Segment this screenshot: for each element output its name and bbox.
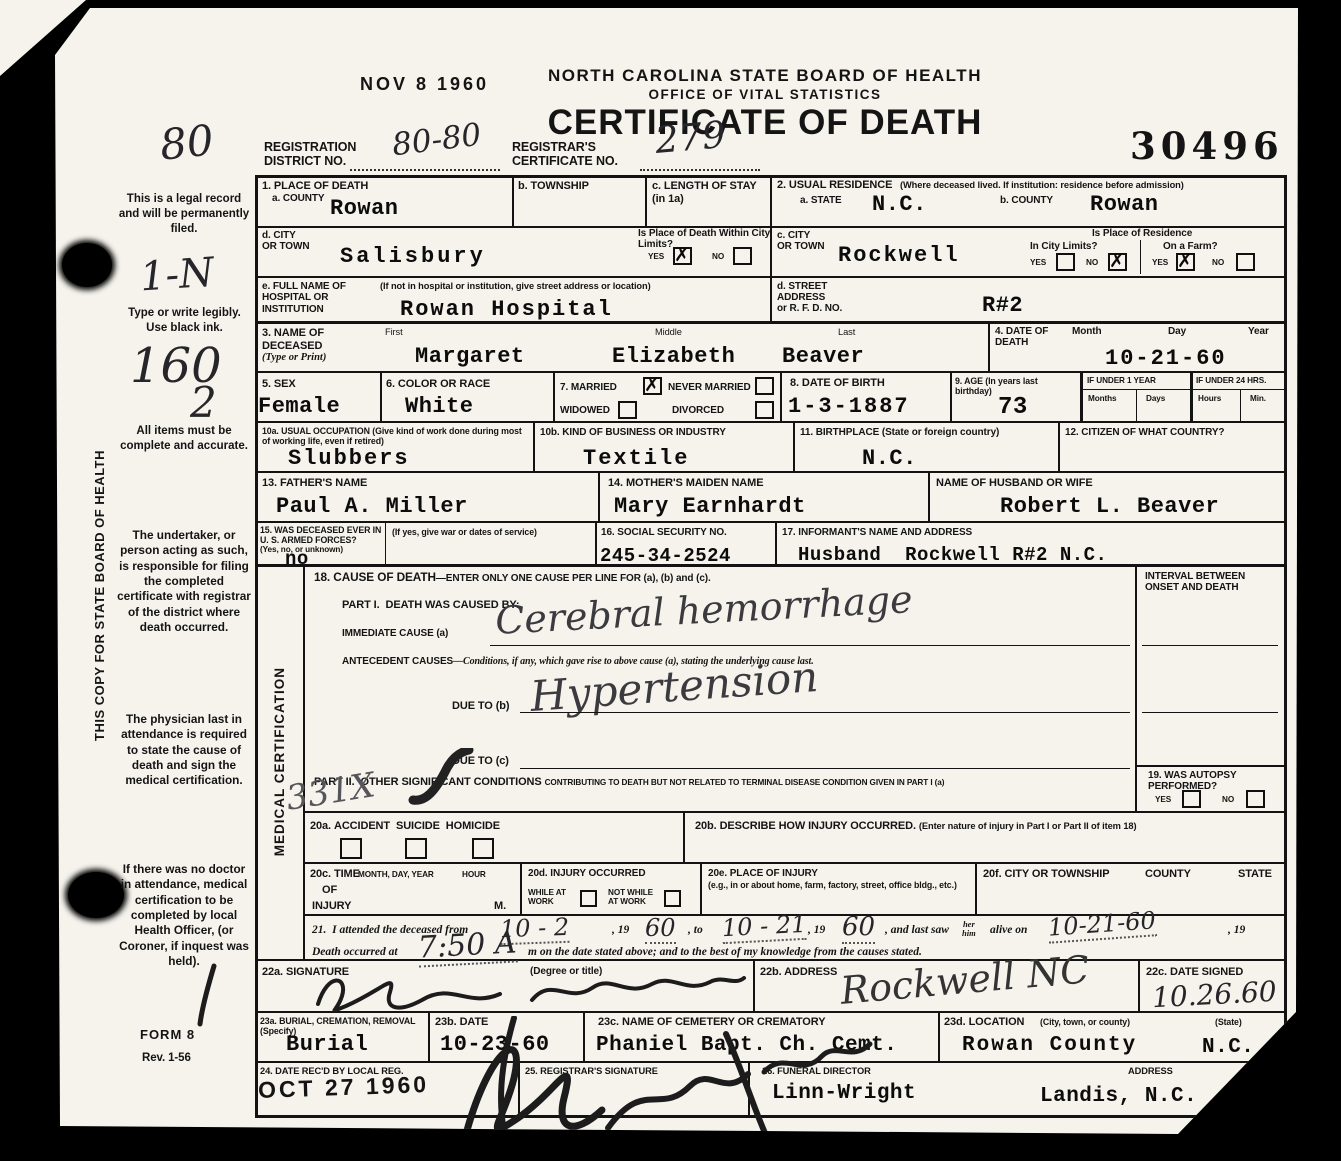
month-header: Month <box>1072 326 1102 337</box>
date-received-stamp: OCT 27 1960 <box>258 1071 430 1104</box>
her-him-stack: herhim <box>962 920 976 938</box>
residence-state-value: N.C. <box>872 192 927 217</box>
margin-handwritten-2: 2 <box>190 378 217 427</box>
checkbox-while-at-work <box>580 890 597 907</box>
grid-line <box>255 471 1285 473</box>
grid-line <box>950 371 952 421</box>
cause-of-death-title: 18. CAUSE OF DEATH—ENTER ONLY ONE CAUSE … <box>314 571 711 584</box>
months-label: Months <box>1088 394 1117 403</box>
grid-line <box>255 371 1285 373</box>
registration-district-value: 80-80 <box>390 117 483 164</box>
type-or-print-note: (Type or Print) <box>262 352 326 363</box>
describe-injury-label: 20b. DESCRIBE HOW INJURY OCCURRED. (Ente… <box>695 820 1136 833</box>
place-of-death-title: 1. PLACE OF DEATH <box>262 180 368 193</box>
margin-vertical-text: THIS COPY FOR STATE BOARD OF HEALTH <box>84 440 114 750</box>
ssn-value: 245-34-2524 <box>600 545 731 567</box>
org-name: NORTH CAROLINA STATE BOARD OF HEALTH <box>470 66 1060 86</box>
middle-name-header: Middle <box>655 327 682 338</box>
grid-line <box>1080 389 1285 390</box>
married-label: 7. MARRIED <box>560 382 617 393</box>
grid-line <box>512 175 514 226</box>
grid-line <box>1135 765 1285 767</box>
grid-line <box>645 175 647 226</box>
margin-note-complete: All items must be complete and accurate. <box>118 424 250 454</box>
grid-line <box>1138 959 1140 1011</box>
date-of-death-value: 10-21-60 <box>1105 346 1227 371</box>
attended-19b: , 19 <box>808 924 825 936</box>
industry-value: Textile <box>583 446 689 471</box>
grid-line <box>255 959 1285 961</box>
sex-value: Female <box>258 394 340 419</box>
grid-line <box>753 959 755 1011</box>
grid-line <box>1240 389 1241 421</box>
grid-line <box>683 811 685 862</box>
hours-label: Hours <box>1198 394 1221 403</box>
informant-label: 17. INFORMANT'S NAME AND ADDRESS <box>782 527 972 538</box>
city-or-town-label: d. CITY OR TOWN <box>262 230 310 253</box>
residence-county-value: Rowan <box>1090 192 1159 217</box>
yes-label: YES <box>1152 258 1168 267</box>
grid-line <box>975 862 977 914</box>
yes-label: YES <box>648 252 664 261</box>
grid-line <box>303 862 1285 864</box>
scanned-death-certificate: NOV 8 1960 NORTH CAROLINA STATE BOARD OF… <box>0 0 1341 1161</box>
checkbox-homicide <box>472 838 494 859</box>
street-address-label: d. STREET ADDRESS <box>777 281 849 304</box>
father-name-label: 13. FATHER'S NAME <box>262 477 367 490</box>
checkbox-death-city-yes <box>673 247 692 265</box>
usual-residence-note: (Where deceased lived. If institution: r… <box>900 180 1285 191</box>
margin-handwritten-1n: 1-N <box>138 249 215 300</box>
residence-county-label: b. COUNTY <box>1000 195 1053 206</box>
margin-note-undertaker: The undertaker, or person acting as such… <box>116 528 252 635</box>
checkbox-death-city-no <box>733 247 752 265</box>
first-name-value: Margaret <box>415 344 525 369</box>
grid-line <box>553 371 555 421</box>
armed-forces-label: 15. WAS DECEASED EVER IN U. S. ARMED FOR… <box>260 525 388 545</box>
race-value: White <box>405 394 474 419</box>
location-label: 23d. LOCATION <box>944 1016 1024 1029</box>
mother-name-label: 14. MOTHER'S MAIDEN NAME <box>608 477 763 490</box>
date-of-death-label: 4. DATE OF DEATH <box>995 326 1050 349</box>
checkbox-farm-no <box>1236 253 1255 271</box>
grid-line <box>1142 712 1278 713</box>
grid-line <box>780 371 782 421</box>
injury-label: INJURY <box>312 900 351 913</box>
checkbox-autopsy-yes <box>1182 790 1201 808</box>
checkbox-res-city-yes <box>1056 253 1075 271</box>
death-occurred-text: Death occurred at <box>312 946 398 958</box>
grid-line <box>598 471 600 521</box>
address-label: 22b. ADDRESS <box>760 966 837 979</box>
no-label: NO <box>1086 258 1098 267</box>
m-label: M. <box>494 900 506 913</box>
grid-line <box>1140 240 1141 274</box>
industry-label: 10b. KIND OF BUSINESS OR INDUSTRY <box>540 427 790 438</box>
certificate-serial-number: 30496 <box>1130 124 1284 168</box>
margin-handwritten-tally <box>188 960 228 1030</box>
time-of-injury-label: 20c. TIME <box>310 868 360 881</box>
hospital-note: (If not in hospital or institution, give… <box>380 281 760 292</box>
grid-line <box>793 421 795 471</box>
document-title: CERTIFICATE OF DEATH <box>430 103 1100 143</box>
date-signed-handwriting: 10.26.60 <box>1151 975 1277 1014</box>
residence-city-value: Rockwell <box>838 243 960 268</box>
not-while-at-work-label: NOT WHILE AT WORK <box>608 888 660 907</box>
place-of-injury-label: 20e. PLACE OF INJURY <box>708 868 818 879</box>
checkbox-autopsy-no <box>1246 790 1265 808</box>
occupation-label: 10a. USUAL OCCUPATION (Give kind of work… <box>262 426 530 446</box>
last-saw-alive-handwriting: 10-21-60 <box>1047 906 1157 943</box>
hour-label: HOUR <box>462 870 486 879</box>
father-name-value: Paul A. Miller <box>276 494 468 519</box>
race-label: 6. COLOR OR RACE <box>386 378 490 391</box>
no-label: NO <box>1222 795 1234 804</box>
part1-label: PART I. DEATH WAS CAUSED BY: <box>342 599 519 612</box>
margin-note-physician: The physician last in attendance is requ… <box>116 712 252 789</box>
checkbox-divorced <box>755 401 774 419</box>
checkbox-farm-yes <box>1176 253 1195 271</box>
street-address-label2: or R. F. D. NO. <box>777 303 842 314</box>
day-header: Day <box>1168 326 1186 337</box>
location-state-value: N.C. <box>1202 1036 1254 1059</box>
grid-line <box>700 862 702 914</box>
funeral-address-value: Landis, N.C. <box>1040 1085 1197 1108</box>
registrar-certificate-value: 279 <box>653 113 727 162</box>
last-saw-text: , and last saw <box>885 924 949 936</box>
final-19: , 19 <box>1228 924 1245 936</box>
location-state-note: (State) <box>1215 1017 1242 1027</box>
attended-to-handwriting: 10 - 21 <box>721 910 807 944</box>
residence-city-label: c. CITY OR TOWN <box>777 230 825 253</box>
write-line <box>520 768 1130 769</box>
grid-line <box>595 521 597 564</box>
age-value: 73 <box>998 394 1028 421</box>
write-line <box>350 168 500 171</box>
grid-line <box>1284 175 1287 1118</box>
checkbox-married <box>643 377 662 395</box>
margin-handwritten-80: 80 <box>158 115 216 169</box>
last-name-header: Last <box>838 327 855 338</box>
death-time-handwriting: 7:50 A <box>417 925 517 967</box>
date-of-birth-value: 1-3-1887 <box>788 394 910 419</box>
first-name-header: First <box>385 327 403 338</box>
grid-line <box>1080 371 1083 421</box>
yes-label: YES <box>1155 795 1171 804</box>
no-label: NO <box>712 252 724 261</box>
checkbox-not-while-at-work <box>664 890 681 907</box>
registrar-signature-scrawl <box>418 1016 888 1158</box>
occupation-value: Slubbers <box>288 446 410 471</box>
date-of-birth-label: 8. DATE OF BIRTH <box>790 377 885 390</box>
mother-name-value: Mary Earnhardt <box>614 494 806 519</box>
hospital-value: Rowan Hospital <box>400 297 613 322</box>
if-under-1-year-label: IF UNDER 1 YEAR <box>1087 376 1187 385</box>
grid-line <box>1058 421 1060 471</box>
form-revision: Rev. 1-56 <box>142 1052 191 1065</box>
certificate-page: NOV 8 1960 NORTH CAROLINA STATE BOARD OF… <box>0 0 1341 1161</box>
margin-note-legibly: Type or write legibly. Use black ink. <box>122 306 247 336</box>
checkbox-never-married <box>755 377 774 395</box>
month-day-year-label: MONTH, DAY, YEAR <box>358 870 434 879</box>
office-name: OFFICE OF VITAL STATISTICS <box>470 87 1060 102</box>
death-statement-rest: m on the date stated above; and to the b… <box>528 946 922 958</box>
checkbox-res-city-no <box>1108 253 1127 271</box>
attended-19a: , 19 <box>612 924 629 936</box>
due-to-b-label: DUE TO (b) <box>452 700 509 713</box>
last-name-value: Beaver <box>782 344 864 369</box>
registrar-certificate-label: REGISTRAR'S CERTIFICATE NO. <box>512 140 642 169</box>
grid-line <box>255 421 1285 423</box>
while-at-work-label: WHILE AT WORK <box>528 888 576 907</box>
never-married-label: NEVER MARRIED <box>668 382 751 393</box>
medical-certification-strip: MEDICAL CERTIFICATION <box>256 566 302 958</box>
of-label: OF <box>322 884 337 897</box>
punch-hole <box>62 243 112 287</box>
birthplace-value: N.C. <box>862 446 917 471</box>
margin-note-legal: This is a legal record and will be perma… <box>118 192 250 237</box>
write-line <box>640 168 760 171</box>
form-number: FORM 8 <box>140 1028 195 1043</box>
grid-line <box>1190 371 1193 421</box>
funeral-address-label: ADDRESS <box>1128 1066 1173 1077</box>
county-header-label: COUNTY <box>1145 868 1191 881</box>
grid-line <box>255 564 1285 567</box>
citizen-label: 12. CITIZEN OF WHAT COUNTRY? <box>1065 427 1285 438</box>
alive-on-text: alive on <box>990 924 1027 936</box>
yes-label: YES <box>1030 258 1046 267</box>
cause-a-handwriting: Cerebral hemorrhage <box>494 577 913 643</box>
grid-line <box>303 564 305 959</box>
min-label: Min. <box>1250 394 1266 403</box>
grid-line <box>928 471 930 521</box>
no-label: NO <box>1212 258 1224 267</box>
grid-line <box>380 371 382 421</box>
attended-to-word: , to <box>688 924 703 936</box>
grid-line <box>303 811 1285 813</box>
physician-signature-scrawl <box>300 964 750 1016</box>
township-label: b. TOWNSHIP <box>518 180 589 193</box>
write-line <box>490 645 1130 646</box>
grid-line <box>255 521 1285 523</box>
grid-line <box>533 421 535 471</box>
margin-note-no-doctor: If there was no doctor in attendance, me… <box>116 862 252 969</box>
usual-residence-title: 2. USUAL RESIDENCE <box>777 179 892 192</box>
grid-line <box>775 521 777 564</box>
divorced-label: DIVORCED <box>672 405 724 416</box>
city-or-township-label: 20f. CITY OR TOWNSHIP <box>983 868 1109 881</box>
street-address-value: R#2 <box>982 293 1023 318</box>
attended-to-year-handwriting: 60 <box>842 912 875 944</box>
attended-from-year-handwriting: 60 <box>645 914 676 944</box>
checkbox-suicide <box>405 838 427 859</box>
grid-line <box>1142 645 1278 646</box>
county-label: a. COUNTY <box>272 193 324 204</box>
checkbox-widowed <box>618 401 637 419</box>
informant-value: Husband Rockwell R#2 N.C. <box>798 544 1107 566</box>
spouse-name-value: Robert L. Beaver <box>1000 494 1219 519</box>
immediate-cause-label: IMMEDIATE CAUSE (a) <box>342 628 448 639</box>
place-of-injury-note: (e.g., in or about home, farm, factory, … <box>708 880 958 890</box>
hospital-label: e. FULL NAME OF HOSPITAL OR INSTITUTION <box>262 281 372 315</box>
in-city-limits-label: In City Limits? <box>1030 241 1097 252</box>
grid-line <box>1135 564 1137 811</box>
widowed-label: WIDOWED <box>560 405 610 416</box>
grid-line <box>520 862 522 914</box>
spouse-name-label: NAME OF HUSBAND OR WIFE <box>936 477 1093 490</box>
death-city-limits-question: Is Place of Death Within City Limits? <box>638 228 788 251</box>
grid-line <box>1136 389 1137 421</box>
grid-line <box>938 1011 940 1061</box>
county-value: Rowan <box>330 196 399 221</box>
location-value: Rowan County <box>962 1034 1137 1057</box>
sex-label: 5. SEX <box>262 378 296 391</box>
interval-header: INTERVAL BETWEEN ONSET AND DEATH <box>1145 571 1275 594</box>
armed-forces-note2: (If yes, give war or dates of service) <box>392 527 582 537</box>
grid-line <box>988 321 990 371</box>
ssn-label: 16. SOCIAL SECURITY NO. <box>601 527 766 538</box>
birthplace-label: 11. BIRTHPLACE (State or foreign country… <box>800 427 1055 438</box>
city-value: Salisbury <box>340 244 486 269</box>
residence-question: Is Place of Residence <box>1092 228 1192 239</box>
residence-state-label: a. STATE <box>800 195 842 206</box>
accident-suicide-homicide-label: 20a. ACCIDENT SUICIDE HOMICIDE <box>310 820 500 833</box>
burial-value: Burial <box>286 1032 368 1057</box>
name-of-deceased-label: 3. NAME OF DECEASED <box>262 327 352 352</box>
state-header-label: STATE <box>1238 868 1272 881</box>
length-of-stay-label: c. LENGTH OF STAY (in 1a) <box>652 180 757 205</box>
write-line <box>520 712 1130 713</box>
registration-district-label: REGISTRATION DISTRICT NO. <box>264 140 394 169</box>
part2-checkmark-handwriting <box>405 748 475 808</box>
year-header: Year <box>1248 326 1269 337</box>
injury-occurred-label: 20d. INJURY OCCURRED <box>528 868 645 879</box>
if-under-24-hrs-label: IF UNDER 24 HRS. <box>1196 376 1291 385</box>
location-note: (City, town, or county) <box>1040 1017 1130 1027</box>
days-label: Days <box>1146 394 1165 403</box>
middle-name-value: Elizabeth <box>612 344 735 369</box>
checkbox-accident <box>340 838 362 859</box>
